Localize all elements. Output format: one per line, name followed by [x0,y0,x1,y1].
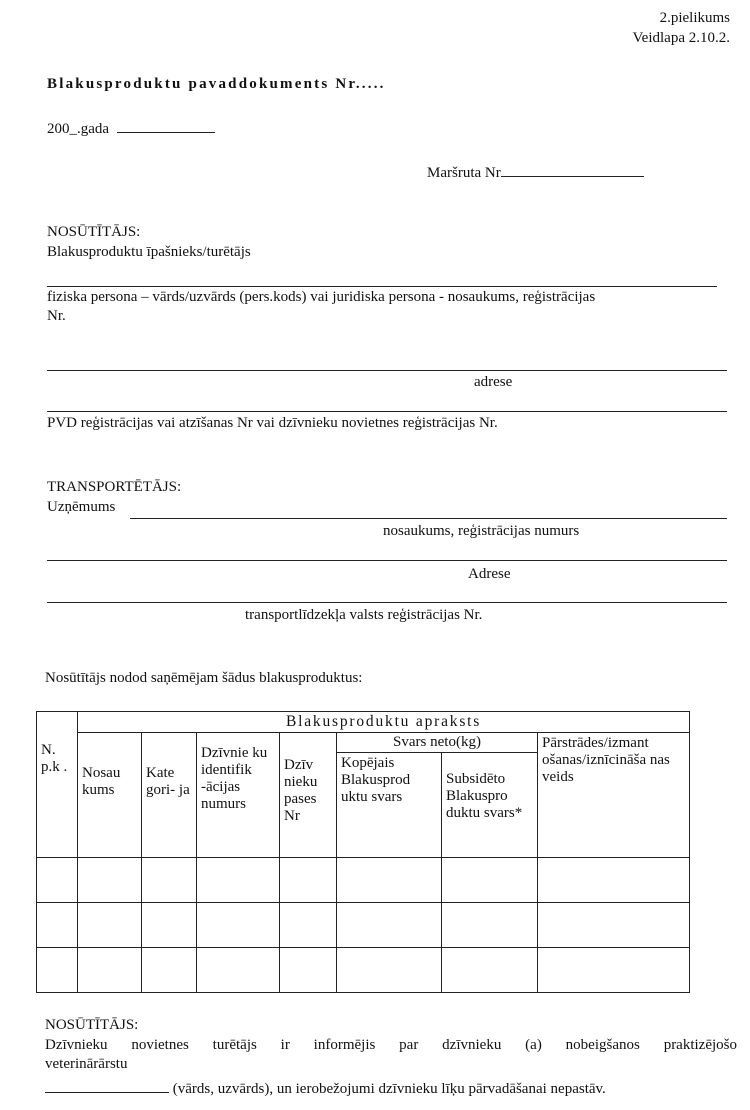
cell-npk[interactable] [37,903,78,948]
col-header-category: Kate gori- ja [142,733,197,858]
cell-processing[interactable] [538,858,690,903]
cell-npk[interactable] [37,948,78,993]
table-row [37,858,690,903]
sender-note-line3-row: (vārds, uzvārds), un ierobežojumi dzīvni… [45,1078,606,1098]
carrier-address-caption: Adrese [468,566,510,583]
route-number-field[interactable] [501,162,644,177]
person-caption-line2: Nr. [47,308,66,325]
weight-header: Svars neto(kg) [337,733,538,753]
annex-label: 2.pielikums [660,10,730,27]
col-header-processing: Pārstrādes/izmant ošanas/iznīcināša nas … [538,733,690,858]
route-label: Maršruta Nr [427,165,501,181]
cell-total-weight[interactable] [337,903,442,948]
table-intro: Nosūtītājs nodod saņēmējam šādus blakusp… [45,670,362,687]
cell-subsidized-weight[interactable] [442,948,538,993]
cell-name[interactable] [78,858,142,903]
cell-category[interactable] [142,948,197,993]
table-row [37,903,690,948]
veterinarian-name-field[interactable] [45,1078,169,1093]
col-header-subsidized-weight: Subsidēto Blakuspro duktu svars* [442,753,538,858]
document-title: Blakusproduktu pavaddokuments Nr..... [47,76,386,93]
carrier-address-field[interactable] [47,560,727,561]
col-header-animal-id: Dzīvnie ku identifik -ācijas numurs [197,733,280,858]
sender-address-field[interactable] [47,370,727,371]
cell-subsidized-weight[interactable] [442,903,538,948]
band-header: Blakusproduktu apraksts [78,712,690,733]
person-caption-line1: fiziska persona – vārds/uzvārds (pers.ko… [47,289,595,306]
cell-total-weight[interactable] [337,948,442,993]
cell-total-weight[interactable] [337,858,442,903]
owner-field[interactable] [47,286,717,287]
cell-subsidized-weight[interactable] [442,858,538,903]
col-header-npk: N. p.k . [37,712,78,858]
vehicle-caption: transportlīdzekļa valsts reģistrācijas N… [245,607,482,624]
pvd-caption: PVD reģistrācijas vai atzīšanas Nr vai d… [47,415,498,432]
owner-label: Blakusproduktu īpašnieks/turētājs [47,244,251,261]
sender-note-line3: (vārds, uzvārds), un ierobežojumi dzīvni… [173,1081,606,1097]
sender-address-caption: adrese [474,374,512,391]
route-row: Maršruta Nr [427,162,644,182]
carrier-heading: TRANSPORTĒTĀJS: [47,479,181,496]
cell-passport[interactable] [280,948,337,993]
date-field[interactable] [117,118,215,133]
table-row [37,948,690,993]
date-row: 200_.gada [47,118,215,138]
company-field[interactable] [130,518,727,519]
form-code: Veidlapa 2.10.2. [633,30,730,47]
col-header-name: Nosau kums [78,733,142,858]
company-caption: nosaukums, reģistrācijas numurs [383,523,579,540]
cell-name[interactable] [78,903,142,948]
cell-animal-id[interactable] [197,903,280,948]
col-header-total-weight: Kopējais Blakusprod uktu svars [337,753,442,858]
cell-category[interactable] [142,858,197,903]
cell-npk[interactable] [37,858,78,903]
date-prefix: 200_.gada [47,121,109,137]
cell-category[interactable] [142,903,197,948]
cell-name[interactable] [78,948,142,993]
cell-passport[interactable] [280,858,337,903]
byproduct-table: N. p.k . Blakusproduktu apraksts Nosau k… [36,711,690,993]
col-header-passport: Dzīv nieku pases Nr [280,733,337,858]
company-label: Uzņēmums [47,499,115,516]
sender-note-heading: NOSŪTĪTĀJS: [45,1017,138,1034]
cell-animal-id[interactable] [197,948,280,993]
pvd-number-field[interactable] [47,411,727,412]
cell-processing[interactable] [538,948,690,993]
vehicle-number-field[interactable] [47,602,727,603]
cell-passport[interactable] [280,903,337,948]
cell-animal-id[interactable] [197,858,280,903]
sender-note-line1: Dzīvnieku novietnes turētājs ir informēj… [45,1037,737,1054]
sender-heading: NOSŪTĪTĀJS: [47,224,140,241]
sender-note-line2: veterinārārstu [45,1056,127,1073]
cell-processing[interactable] [538,903,690,948]
